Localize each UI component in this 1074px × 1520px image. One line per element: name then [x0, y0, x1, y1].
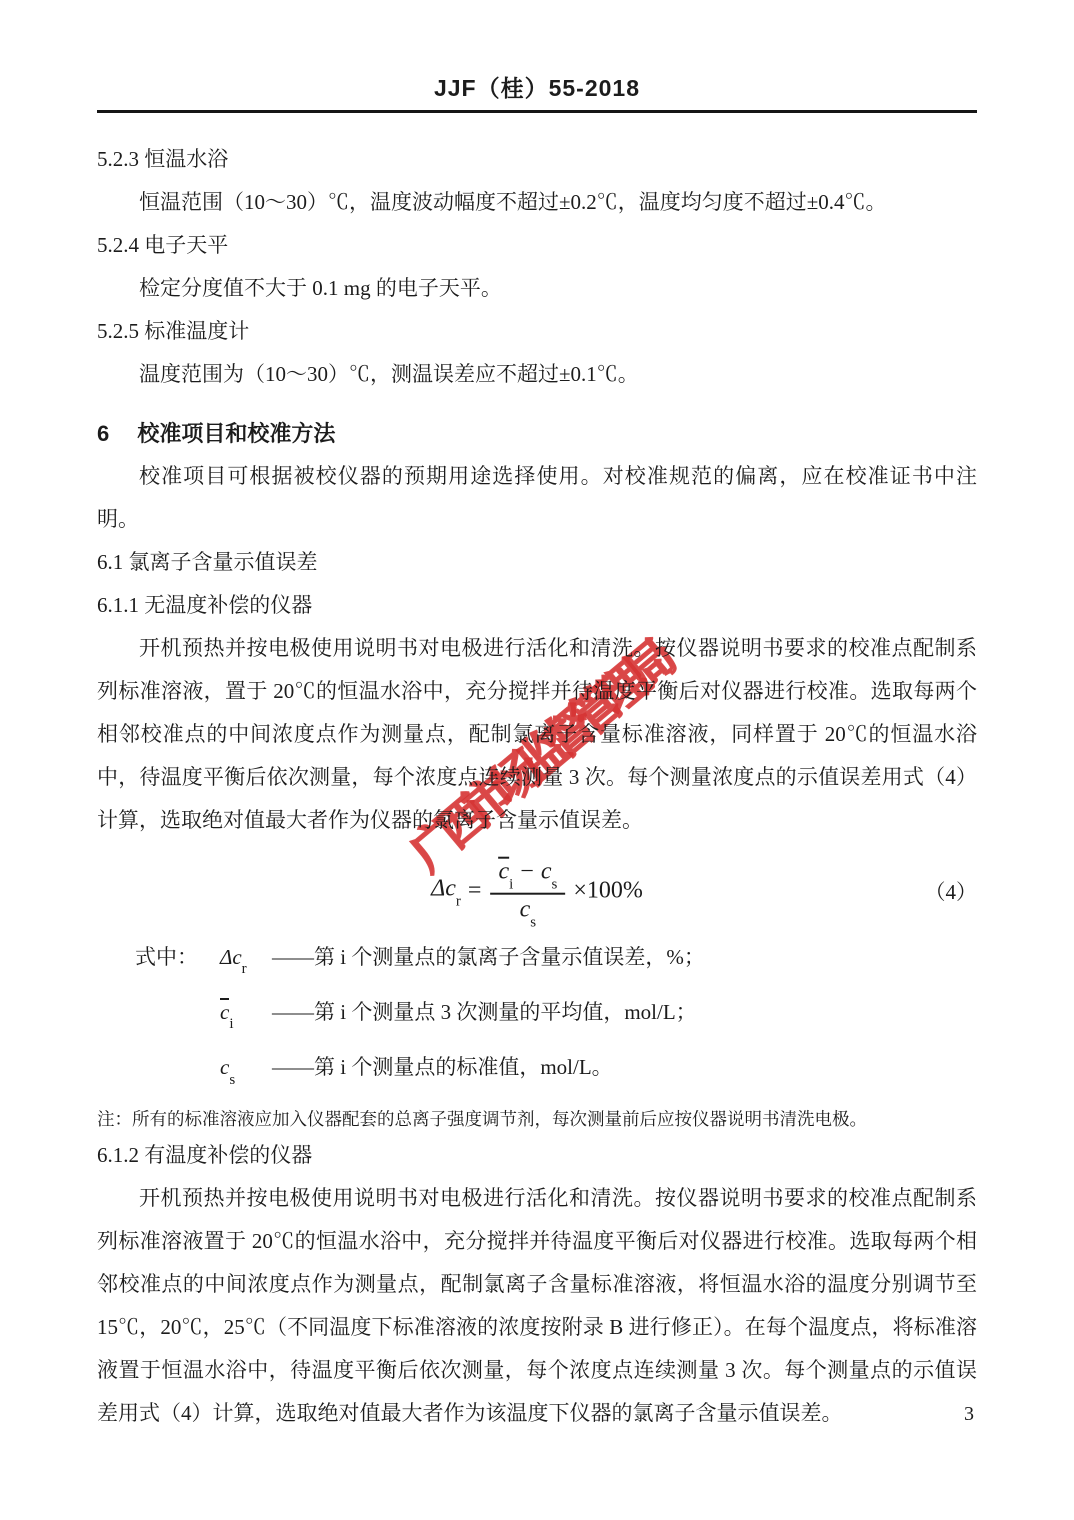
header-title: JJF（桂）55-2018 — [434, 75, 640, 101]
section-body-5-2-5: 温度范围为（10～30）℃，测温误差应不超过±0.1℃。 — [97, 353, 977, 396]
formula-4: Δcr = ci−cs cs ×100% （4） — [97, 848, 977, 934]
section-heading-6-1-1: 6.1.1 无温度补偿的仪器 — [97, 584, 977, 627]
where-symbol-ci: ci — [220, 989, 272, 1044]
section-body-5-2-4: 检定分度值不大于 0.1 mg 的电子天平。 — [97, 267, 977, 310]
section-body-5-2-3: 恒温范围（10～30）℃，温度波动幅度不超过±0.2℃，温度均匀度不超过±0.4… — [97, 181, 977, 224]
where-row-2: ci ——第 i 个测量点 3 次测量的平均值，mol/L； — [97, 989, 977, 1044]
page-header: JJF（桂）55-2018 — [97, 70, 977, 113]
section-body-6-1-2: 开机预热并按电极使用说明书对电极进行活化和清洗。按仪器说明书要求的校准点配制系列… — [97, 1177, 977, 1435]
c-bar: c — [498, 857, 509, 885]
where-desc-cs: ——第 i 个测量点的标准值，mol/L。 — [272, 1044, 977, 1099]
where-list: 式中： Δcr ——第 i 个测量点的氯离子含量示值误差，%； ci ——第 i… — [97, 934, 977, 1100]
chapter-number: 6 — [97, 412, 109, 455]
equals-sign: = — [461, 878, 489, 905]
formula-lhs: Δcr — [431, 876, 461, 907]
formula-expression: Δcr = ci−cs cs ×100% — [431, 855, 643, 928]
document-page: JJF（桂）55-2018 广西市场监督管理局 5.2.3 恒温水浴 恒温范围（… — [0, 0, 1074, 1520]
section-heading-5-2-4: 5.2.4 电子天平 — [97, 224, 977, 267]
where-desc-ci: ——第 i 个测量点 3 次测量的平均值，mol/L； — [272, 989, 977, 1044]
section-heading-6-1-2: 6.1.2 有温度补偿的仪器 — [97, 1134, 977, 1177]
where-label: 式中： — [135, 934, 220, 989]
fraction-numerator: ci−cs — [490, 855, 565, 895]
chapter-title: 校准项目和校准方法 — [137, 412, 335, 455]
where-symbol-cs: cs — [220, 1044, 272, 1099]
fraction: ci−cs cs — [490, 855, 565, 928]
section-heading-5-2-3: 5.2.3 恒温水浴 — [97, 138, 977, 181]
multiplier: ×100% — [573, 878, 643, 905]
where-row-3: cs ——第 i 个测量点的标准值，mol/L。 — [97, 1044, 977, 1099]
equation-number: （4） — [925, 876, 978, 906]
section-body-6-1-1: 开机预热并按电极使用说明书对电极进行活化和清洗。按仪器说明书要求的校准点配制系列… — [97, 627, 977, 842]
where-desc-dcr: ——第 i 个测量点的氯离子含量示值误差，%； — [272, 934, 977, 989]
minus-sign: − — [513, 859, 541, 885]
document-body: 5.2.3 恒温水浴 恒温范围（10～30）℃，温度波动幅度不超过±0.2℃，温… — [97, 138, 977, 1435]
section-heading-6-1: 6.1 氯离子含量示值误差 — [97, 541, 977, 584]
section-heading-5-2-5: 5.2.5 标准温度计 — [97, 310, 977, 353]
fraction-denominator: cs — [520, 895, 537, 928]
chapter-body-6: 校准项目可根据被校仪器的预期用途选择使用。对校准规范的偏离，应在校准证书中注明。 — [97, 455, 977, 541]
where-row-1: 式中： Δcr ——第 i 个测量点的氯离子含量示值误差，%； — [97, 934, 977, 989]
page-number: 3 — [964, 1403, 974, 1426]
chapter-heading-6: 6 校准项目和校准方法 — [97, 412, 977, 455]
note-text: 注：所有的标准溶液应加入仪器配套的总离子强度调节剂，每次测量前后应按仪器说明书清… — [97, 1104, 977, 1134]
where-symbol-dcr: Δcr — [220, 934, 272, 989]
